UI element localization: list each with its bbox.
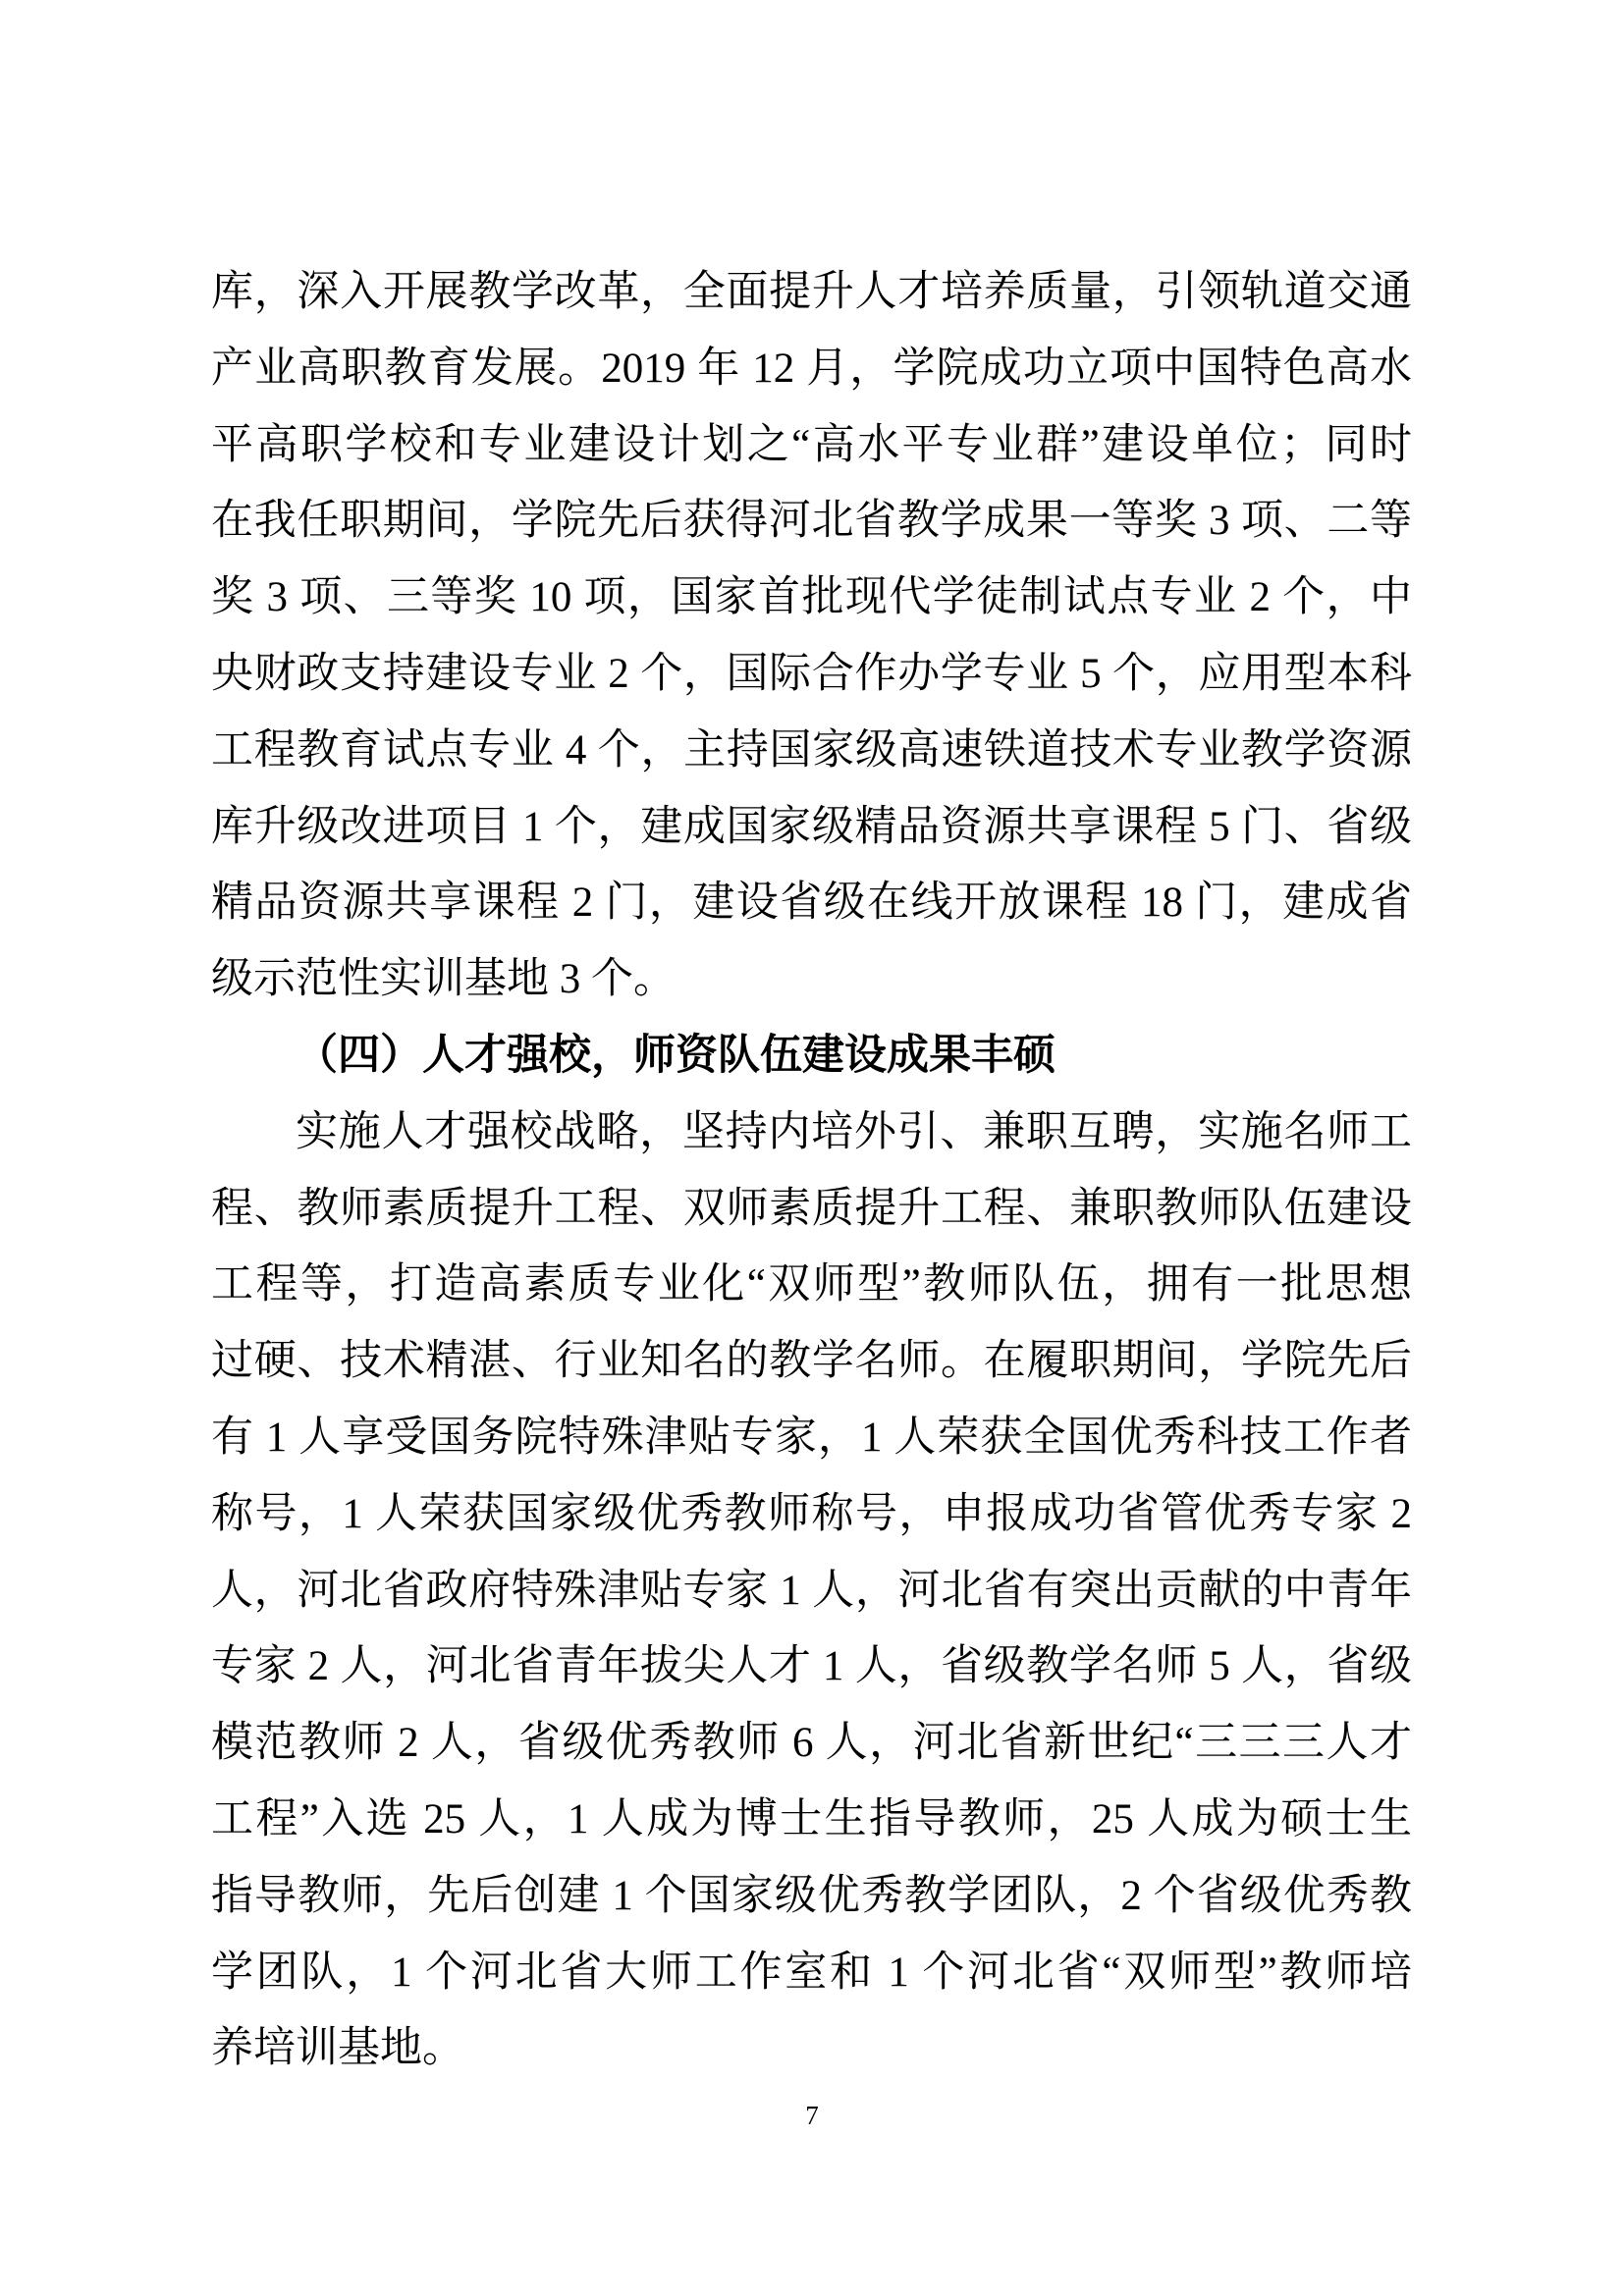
paragraph-body-line: 程、教师素质提升工程、双师素质提升工程、兼职教师队伍建设 [211, 1171, 1412, 1248]
paragraph-continued-line: 在我任职期间，学院先后获得河北省教学成果一等奖 3 项、二等 [211, 483, 1412, 560]
paragraph-continued-line: 库升级改进项目 1 个，建成国家级精品资源共享课程 5 门、省级 [211, 789, 1412, 866]
document-body: 库，深入开展教学改革，全面提升人才培养质量，引领轨道交通产业高职教育发展。201… [211, 254, 1412, 2087]
page-number: 7 [0, 2100, 1624, 2131]
paragraph-continued-line: 精品资源共享课程 2 门，建设省级在线开放课程 18 门，建成省 [211, 865, 1412, 941]
paragraph-continued-line: 平高职学校和专业建设计划之“高水平专业群”建设单位；同时 [211, 407, 1412, 484]
paragraph-continued-line: 奖 3 项、三等奖 10 项，国家首批现代学徒制试点专业 2 个，中 [211, 560, 1412, 636]
paragraph-body-line: 养培训基地。 [211, 2010, 1412, 2087]
paragraph-continued-line: 央财政支持建设专业 2 个，国际合作办学专业 5 个，应用型本科 [211, 636, 1412, 713]
section-heading-line: （四）人才强校，师资队伍建设成果丰硕 [211, 1018, 1412, 1095]
paragraph-body-line: 工程”入选 25 人，1 人成为博士生指导教师，25 人成为硕士生 [211, 1782, 1412, 1858]
paragraph-continued-line: 产业高职教育发展。2019 年 12 月，学院成功立项中国特色高水 [211, 331, 1412, 407]
paragraph-body-line: 有 1 人享受国务院特殊津贴专家，1 人荣获全国优秀科技工作者 [211, 1400, 1412, 1476]
paragraph-body-line: 过硬、技术精湛、行业知名的教学名师。在履职期间，学院先后 [211, 1323, 1412, 1400]
paragraph-continued-line: 库，深入开展教学改革，全面提升人才培养质量，引领轨道交通 [211, 254, 1412, 331]
document-page: 库，深入开展教学改革，全面提升人才培养质量，引领轨道交通产业高职教育发展。201… [0, 0, 1624, 2296]
paragraph-body-line: 人，河北省政府特殊津贴专家 1 人，河北省有突出贡献的中青年 [211, 1553, 1412, 1629]
paragraph-body-line: 指导教师，先后创建 1 个国家级优秀教学团队，2 个省级优秀教 [211, 1858, 1412, 1935]
paragraph-body-line: 模范教师 2 人，省级优秀教师 6 人，河北省新世纪“三三三人才 [211, 1705, 1412, 1782]
paragraph-continued-line: 级示范性实训基地 3 个。 [211, 941, 1412, 1018]
paragraph-body-line: 学团队，1 个河北省大师工作室和 1 个河北省“双师型”教师培 [211, 1935, 1412, 2011]
paragraph-body-line: 称号，1 人荣获国家级优秀教师称号，申报成功省管优秀专家 2 [211, 1476, 1412, 1553]
paragraph-body-line: 工程等，打造高素质专业化“双师型”教师队伍，拥有一批思想 [211, 1247, 1412, 1323]
paragraph-body-line: 专家 2 人，河北省青年拔尖人才 1 人，省级教学名师 5 人，省级 [211, 1629, 1412, 1705]
paragraph-continued-line: 工程教育试点专业 4 个，主持国家级高速铁道技术专业教学资源 [211, 713, 1412, 789]
paragraph-body-line: 实施人才强校战略，坚持内培外引、兼职互聘，实施名师工 [211, 1095, 1412, 1171]
